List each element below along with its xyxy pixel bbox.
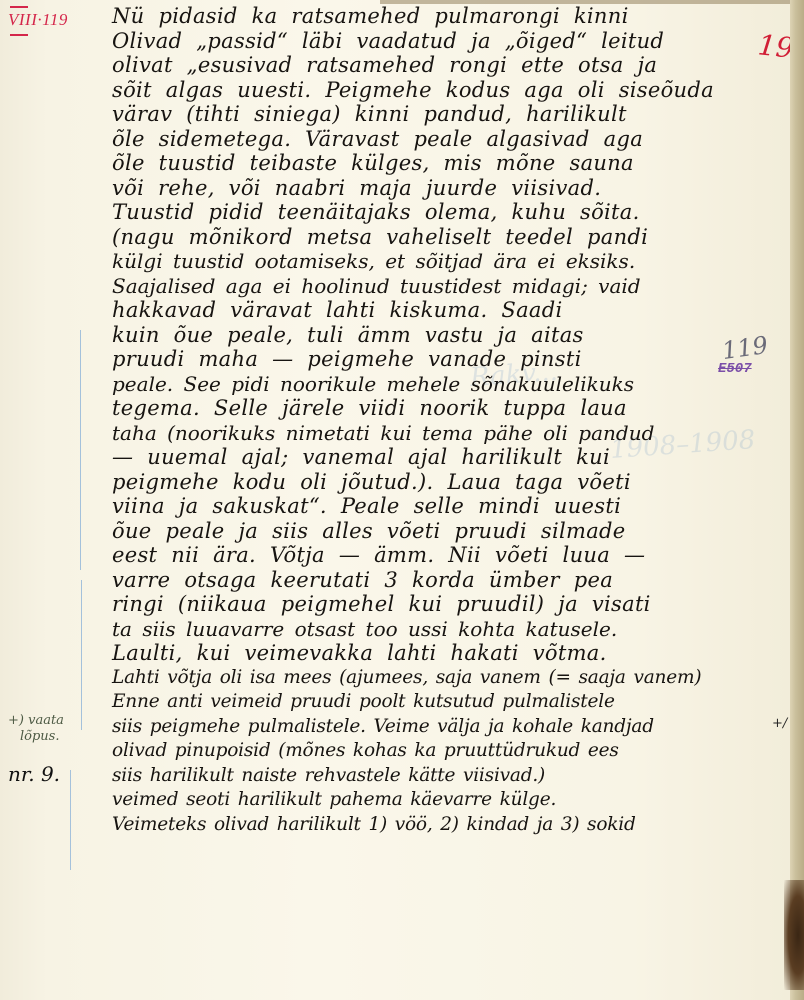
text-line: õle tuustid teibaste külges, mis mõne sa… bbox=[112, 151, 784, 176]
text-line: peale. See pidi noorikule mehele sõnakuu… bbox=[112, 372, 784, 397]
margin-line bbox=[81, 580, 82, 730]
text-line: hakkavad väravat lahti kiskuma. Saadi bbox=[112, 298, 784, 323]
text-line: tegema. Selle järele viidi noorik tuppa … bbox=[112, 396, 784, 421]
text-line: siis harilikult naiste rehvastele kätte … bbox=[112, 764, 784, 789]
text-line: viina ja sakuskat“. Peale selle mindi uu… bbox=[112, 494, 784, 519]
text-line: taha (noorikuks nimetati kui tema pähe o… bbox=[112, 421, 784, 446]
archive-code: VIII·119 bbox=[8, 10, 68, 30]
text-line: ta siis luuavarre otsast too ussi kohta … bbox=[112, 617, 784, 642]
text-line: Lahti võtja oli isa mees (ajumees, saja … bbox=[112, 666, 784, 691]
margin-line bbox=[80, 330, 81, 570]
text-line: kuin õue peale, tuli ämm vastu ja aitas bbox=[112, 323, 784, 348]
text-line: õle sidemetega. Väravast peale algasivad… bbox=[112, 127, 784, 152]
text-line: — uuemal ajal; vanemal ajal harilikult k… bbox=[112, 445, 784, 470]
text-line: Tuustid pidid teenäitajaks olema, kuhu s… bbox=[112, 200, 784, 225]
text-line: veimed seoti harilikult pahema käevarre … bbox=[112, 788, 784, 813]
text-line: Veimeteks olivad harilikult 1) vöö, 2) k… bbox=[112, 813, 784, 838]
text-line: Laulti, kui veimevakka lahti hakati võtm… bbox=[112, 641, 784, 666]
text-line: peigmehe kodu oli jõutud.). Laua taga võ… bbox=[112, 470, 784, 495]
text-line: sõit algas uuesti. Peigmehe kodus aga ol… bbox=[112, 78, 784, 103]
text-line: Nü pidasid ka ratsamehed pulmarongi kinn… bbox=[112, 4, 784, 29]
text-line: värav (tihti siniega) kinni pandud, hari… bbox=[112, 102, 784, 127]
text-line: eest nii ära. Võtja — ämm. Nii võeti luu… bbox=[112, 543, 784, 568]
text-line: Saajalised aga ei hoolinud tuustidest mi… bbox=[112, 274, 784, 299]
text-line: siis peigmehe pulmalistele. Veime välja … bbox=[112, 715, 784, 740]
binding-shadow bbox=[784, 880, 804, 990]
text-line: Olivad „passid“ läbi vaadatud ja „õiged“… bbox=[112, 29, 784, 54]
text-line: Enne anti veimeid pruudi poolt kutsutud … bbox=[112, 690, 784, 715]
manuscript-page: Rakv... 1908–1908 VIII·119 19 119 E507 +… bbox=[0, 0, 791, 1000]
text-line: pruudi maha — peigmehe vanade pinsti bbox=[112, 347, 784, 372]
text-line: õue peale ja siis alles võeti pruudi sil… bbox=[112, 519, 784, 544]
section-marker: nr. 9. bbox=[8, 762, 60, 786]
text-line: ringi (niikaua peigmehel kui pruudil) ja… bbox=[112, 592, 784, 617]
insert-note-marker: +) vaata bbox=[8, 713, 64, 729]
manuscript-text: Nü pidasid ka ratsamehed pulmarongi kinn… bbox=[112, 4, 784, 837]
text-line: (nagu mõnikord metsa vaheliselt teedel p… bbox=[112, 225, 784, 250]
text-line: varre otsaga keerutati 3 korda ümber pea bbox=[112, 568, 784, 593]
text-line: olivad pinupoisid (mõnes kohas ka pruutt… bbox=[112, 739, 784, 764]
text-line: või rehe, või naabri maja juurde viisiva… bbox=[112, 176, 784, 201]
insert-note-text: lõpus. bbox=[8, 729, 64, 745]
text-line: olivat „esusivad ratsamehed rongi ette o… bbox=[112, 53, 784, 78]
text-line: külgi tuustid ootamiseks, et sõitjad ära… bbox=[112, 249, 784, 274]
margin-line bbox=[70, 770, 71, 870]
margin-insert-note: +) vaata lõpus. bbox=[8, 713, 64, 745]
document-scan: Rakv... 1908–1908 VIII·119 19 119 E507 +… bbox=[0, 0, 804, 1000]
page-side-edge bbox=[790, 0, 804, 1000]
